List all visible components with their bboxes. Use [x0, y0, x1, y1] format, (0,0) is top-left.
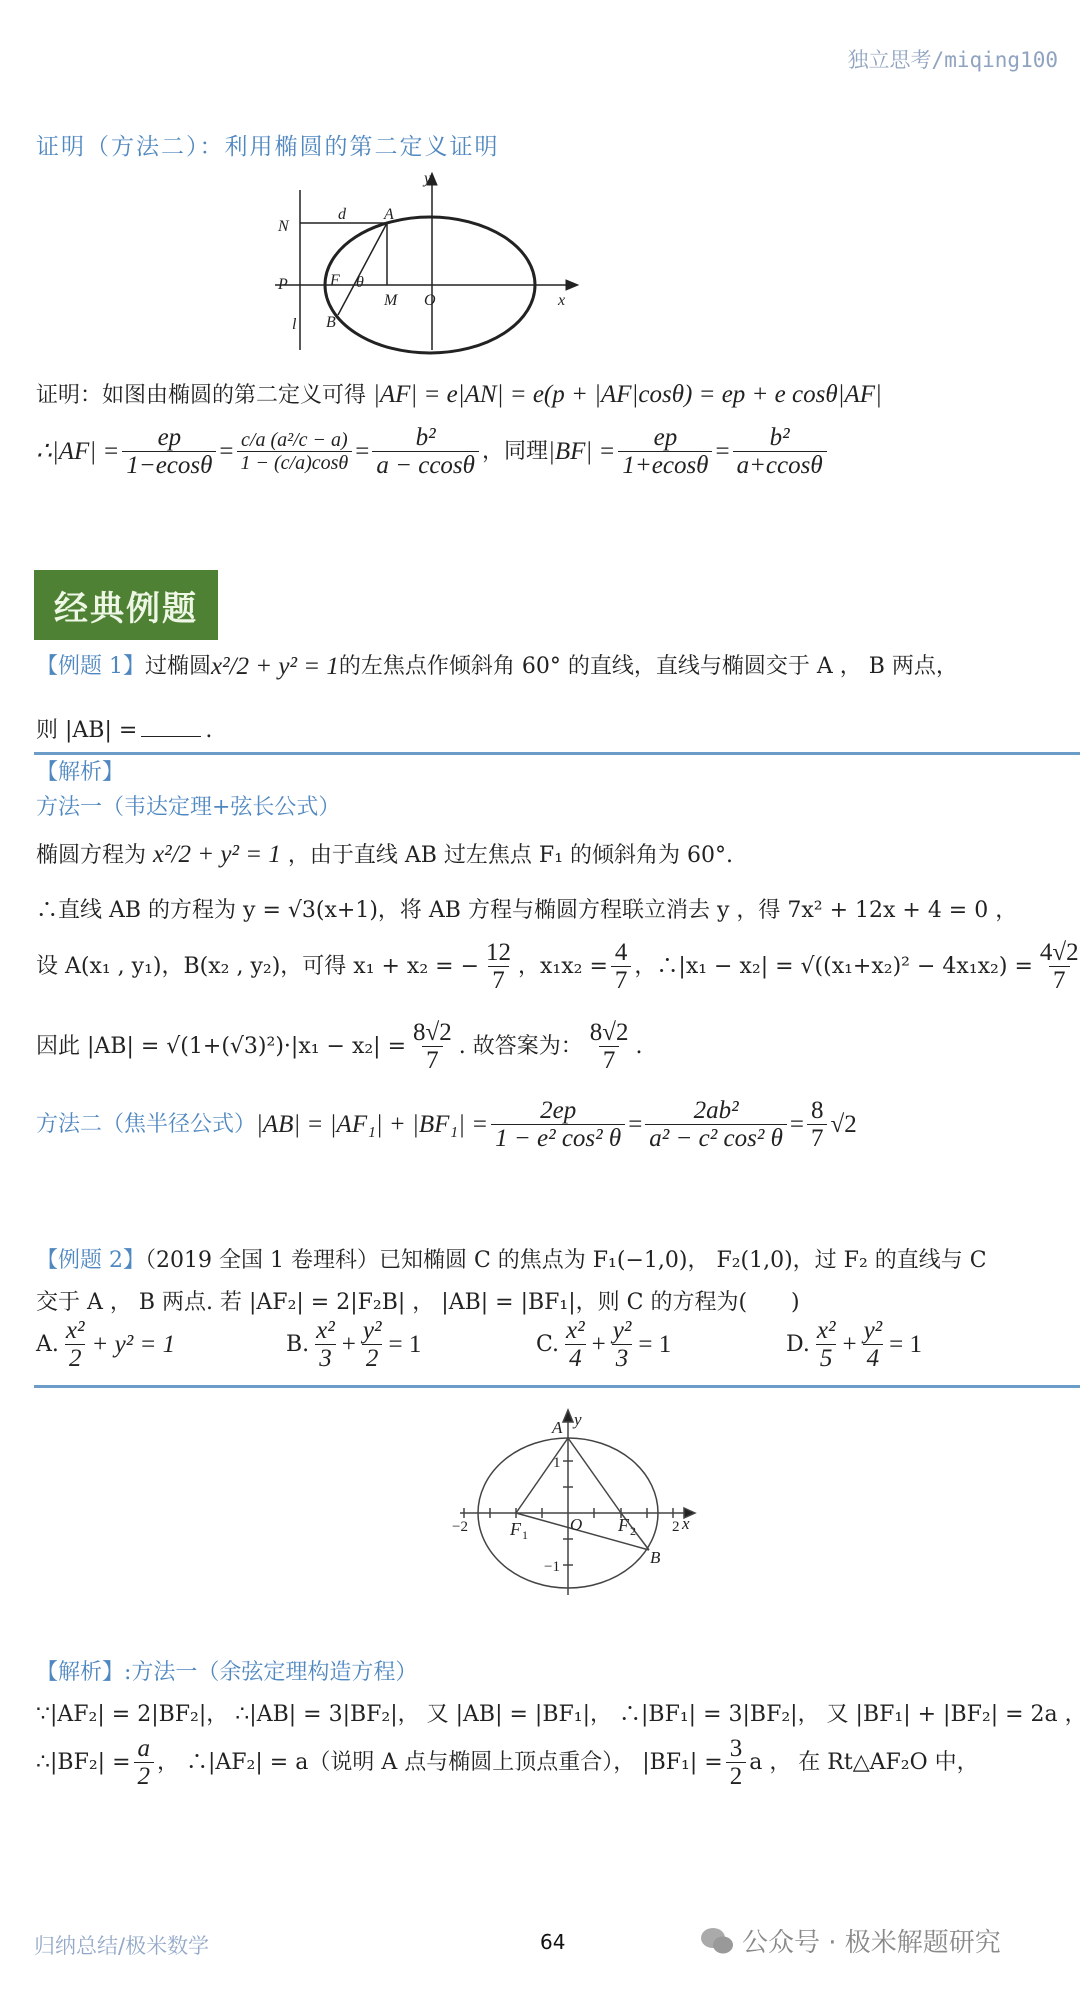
svg-text:−2: −2 [452, 1519, 468, 1535]
proof-line-2: ∴|AF| = ep1−ecosθ = c/a (a²/c − a)1 − (c… [36, 425, 830, 480]
solution-1-method-1: 方法一（韦达定理+弦长公式） [36, 795, 340, 821]
svg-text:y: y [572, 1410, 582, 1429]
option-b[interactable]: B. x²3+ y²2 = 1 [286, 1318, 536, 1373]
solution-1-line-2: ∴直线 AB 的方程为 y = √3(x+1)，将 AB 方程与椭圆方程联立消去… [36, 898, 1017, 924]
ellipse-directrix-diagram: yNd APF θMO xlB [260, 165, 600, 365]
svg-text:F: F [617, 1515, 630, 1535]
example-2-line-2: 交于 A ， B 两点. 若 |AF₂| = 2|F₂B| ， |AB| = |… [36, 1290, 800, 1316]
option-c[interactable]: C. x²4+ y²3 = 1 [536, 1318, 786, 1373]
solution-2-method: 方法一（余弦定理构造方程） [131, 1660, 417, 1685]
example-1-line-1: 【例题 1】 过椭圆 x²/2 + y² = 1 的左焦点作倾斜角 60° 的直… [36, 652, 958, 682]
svg-text:B: B [650, 1548, 661, 1567]
svg-text:B: B [326, 314, 336, 331]
solution-1-line-3: 设 A(x₁ , y₁)，B(x₂ , y₂)，可得 x₁ + x₂ = − 1… [36, 940, 1080, 995]
answer-blank [141, 736, 201, 737]
solution-2-tag: 【解析】: [36, 1660, 131, 1685]
svg-text:P: P [277, 276, 288, 293]
svg-text:−1: −1 [544, 1559, 560, 1575]
divider-rule [34, 752, 1080, 755]
ellipse-focal-triangle-diagram: A y 1 −2 F1 O F2 2 x B −1 [440, 1405, 700, 1605]
solution-2-line-1: ∵|AF₂| = 2|BF₂|， ∴|AB| = 3|BF₂|， 又 |AB| … [36, 1702, 1080, 1728]
svg-text:1: 1 [553, 1455, 561, 1471]
svg-text:y: y [422, 170, 432, 187]
solution-2-header: 【解析】:方法一（余弦定理构造方程） [36, 1660, 417, 1686]
section-banner: 经典例题 [34, 570, 218, 640]
solution-1-method-2: 方法二（焦半径公式） [36, 1112, 256, 1138]
svg-text:2: 2 [630, 1524, 636, 1538]
page-number: 64 [540, 1930, 565, 1954]
footer-wechat-account: 公众号 · 极米解题研究 [700, 1922, 1001, 1959]
svg-text:x: x [557, 292, 565, 309]
divider-rule [34, 1385, 1080, 1388]
proof-title: 证明（方法二）：利用椭圆的第二定义证明 [36, 128, 500, 161]
svg-text:N: N [277, 218, 290, 235]
option-d[interactable]: D. x²5+ y²4 = 1 [786, 1318, 1036, 1373]
example-2-line-1: 【例题 2】（2019 全国 1 卷理科）已知椭圆 C 的焦点为 F₁(−1,0… [36, 1248, 987, 1274]
example-2-options: A. x²2 + y² = 1 B. x²3+ y²2 = 1 C. x²4+ … [36, 1318, 1036, 1373]
svg-text:O: O [570, 1515, 582, 1534]
svg-text:M: M [383, 292, 399, 309]
svg-text:A: A [551, 1418, 563, 1437]
proof-formula-1: |AF| = e|AN| = e(p + |AF|cosθ) = ep + e … [373, 381, 882, 408]
solution-2-line-2: ∴|BF₂| = a2 ， ∴|AF₂| = a（说明 A 点与椭圆上顶点重合）… [36, 1736, 979, 1791]
header-watermark: 独立思考/miqing100 [848, 44, 1058, 74]
svg-text:F: F [509, 1519, 522, 1539]
svg-text:x: x [681, 1514, 690, 1533]
solution-1-line-1: 椭圆方程为 x²/2 + y² = 1 ，由于直线 AB 过左焦点 F₁ 的倾斜… [36, 840, 733, 870]
svg-text:A: A [383, 206, 394, 223]
svg-text:l: l [292, 316, 297, 333]
solution-1-line-4: 因此 |AB| = √(1+(√3)²)·|x₁ − x₂| = 8√27 . … [36, 1020, 643, 1075]
solution-1-tag: 【解析】 [36, 760, 124, 786]
example-1-tag: 【例题 1】 [36, 654, 145, 680]
option-a[interactable]: A. x²2 + y² = 1 [36, 1318, 286, 1373]
svg-text:O: O [424, 292, 436, 309]
svg-text:d: d [338, 206, 347, 223]
svg-text:1: 1 [522, 1528, 528, 1542]
example-1-line-2: 则 |AB| =. [36, 718, 212, 744]
svg-text:F: F [329, 272, 340, 289]
svg-text:θ: θ [356, 274, 364, 291]
svg-text:2: 2 [672, 1519, 680, 1535]
footer-left-text: 归纳总结/极米数学 [34, 1930, 209, 1960]
wechat-icon [700, 1926, 734, 1956]
proof-line-1: 证明：如图由椭圆的第二定义可得 |AF| = e|AN| = e(p + |AF… [36, 380, 882, 410]
solution-1-method-2-line: 方法二（焦半径公式） |AB| = |AF₁| + |BF₁| = 2ep1 −… [36, 1098, 857, 1153]
example-2-tag: 【例题 2】 [36, 1248, 145, 1273]
